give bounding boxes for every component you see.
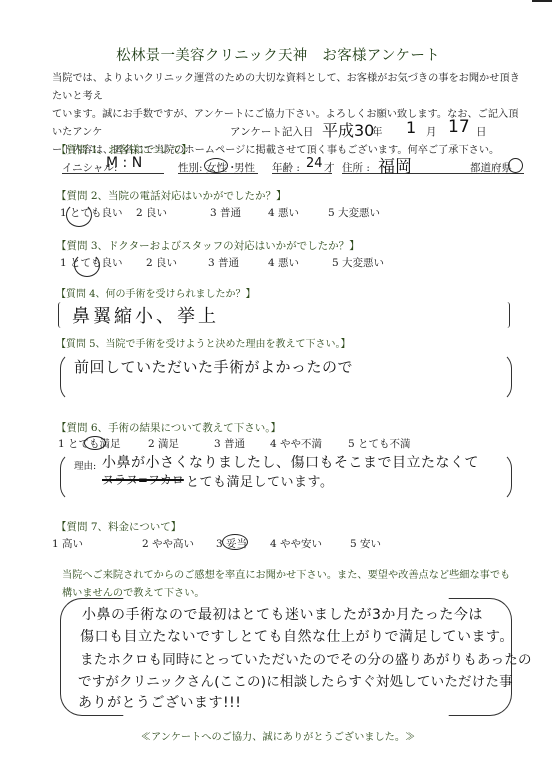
q5-header: 【質問 5、当院で手術を受けようと決めた理由を教えて下さい。】 [56,335,351,350]
q6-selected-circle [84,436,106,450]
q6-option-2[interactable]: 2 満足 [148,436,179,451]
q4-header: 【質問 4、何の手術を受けられましたか？】 [56,285,256,300]
survey-title: 松林景一美容クリニック天神 お客様アンケート [0,44,556,65]
q7-option-5[interactable]: 5 安い [350,536,381,551]
q3-selected-circle [74,253,100,277]
q7-selected-circle [222,534,248,550]
initials-field[interactable]: イニシャル: M : N [62,158,164,174]
q7-header: 【質問 7、料金について】 [56,519,181,534]
date-row: アンケート記入日 平成30 年 1 月 17 日 [220,120,520,142]
comments-answer-line-4: ですがクリニックさん(ここの)に相談したらすぐ対処していただけた事 [78,670,513,690]
age-value: 24 [306,156,323,171]
age-unit: 才 [324,160,335,175]
q6-reason-label: 理由: [74,458,96,472]
address-label: 住所 : [342,160,370,175]
q2-option-3[interactable]: 3 普通 [210,205,241,220]
q3-option-3[interactable]: 3 普通 [208,255,239,270]
footer-thanks: ≪アンケートへのご協力、誠にありがとうございました。≫ [0,728,556,743]
gender-field: 性別: 女性 ・ 男性 [178,158,258,174]
date-day-value[interactable]: 17 [448,117,470,137]
q6-reason-struck-text: ヌラヌ=フカロ [102,471,184,488]
date-era-year-value[interactable]: 平成30 [322,118,374,141]
gender-selected-circle [204,158,228,173]
comments-answer-line-2: 傷口も目立たないですしとても自然な仕上がりで満足しています。 [80,626,514,646]
gender-option-male[interactable]: 男性 [234,160,255,175]
age-label: 年齢 : [272,160,300,175]
q5-answer: 前回していただいた手術がよかったので [74,356,353,377]
q2-options: 1 とても良い 2 良い 3 普通 4 悪い 5 大変悪い [60,205,520,223]
q3-options: 1 とても良い 2 良い 3 普通 4 悪い 5 大変悪い [60,255,520,273]
date-year-unit: 年 [372,124,383,139]
q2-option-4[interactable]: 4 悪い [268,205,299,220]
q3-option-2[interactable]: 2 良い [146,255,177,270]
comments-answer-line-5: ありがとうございます!!! [78,692,241,712]
q6-header: 【質問 6、手術の結果について教えて下さい。】 [56,420,281,435]
q2-selected-circle [66,203,92,227]
date-month-unit: 月 [426,124,437,139]
q7-option-2[interactable]: 2 やや高い [142,536,194,551]
q4-answer: 鼻翼縮小、挙上 [72,302,219,328]
scan-edge-mark [532,0,552,2]
prefecture-selected-circle [508,158,523,173]
q3-option-4[interactable]: 4 悪い [268,255,299,270]
initials-value: M : N [106,155,142,171]
comments-answer-line-1: 小鼻の手術なので最初はとても迷いましたが3か月たった今は [82,604,483,624]
comments-answer-line-3: またホクロも同時にとっていただいたのでその分の盛りあがりもあったの [80,648,532,668]
date-day-unit: 日 [476,124,487,139]
q6-reason-line-1: 小鼻が小さくなりましたし、傷口もそこまで目立たなくて [102,452,479,472]
gender-label: 性別: [178,160,203,175]
age-field[interactable]: 年齢 : 24 [272,158,332,174]
q2-option-2[interactable]: 2 良い [136,205,167,220]
q3-header: 【質問 3、ドクターおよびスタッフの対応はいかがでしたか？】 [56,238,360,253]
address-value: 福岡 [378,152,412,177]
q2-header: 【質問 2、当院の電話対応はいかがでしたか？】 [56,188,287,203]
q6-reason-line-2: とても満足しています。 [186,471,333,490]
date-month-value[interactable]: 1 [406,118,416,137]
q6-option-3[interactable]: 3 普通 [214,436,245,451]
address-suffix: 都道府県 [470,160,512,175]
q2-option-5[interactable]: 5 大変悪い [328,205,380,220]
comments-prompt-line-1: 当院へご来院されてからのご感想を率直にお聞かせ下さい。また、要望や改善点など些細… [62,566,510,581]
q7-option-1[interactable]: 1 高い [52,536,83,551]
address-field[interactable]: 住所 : 福岡 都道府県 [342,158,524,174]
q6-option-4[interactable]: 4 やや不満 [270,436,322,451]
q7-options: 1 高い 2 やや高い 3 妥当 4 やや安い 5 安い [52,536,512,554]
q6-option-5[interactable]: 5 とても不満 [348,436,411,451]
comments-prompt-line-2: 構いませんので教えて下さい。 [62,584,205,599]
q7-option-4[interactable]: 4 やや安い [270,536,322,551]
intro-line-1: 当院では、よりよいクリニック運営のための大切な資料として、お客様がお気づきの事を… [52,70,522,106]
q3-option-5[interactable]: 5 大変悪い [332,255,384,270]
q1-fields: イニシャル: M : N 性別: 女性 ・ 男性 年齢 : 24 才 住所 : … [62,158,522,176]
date-label: アンケート記入日 [230,124,313,139]
